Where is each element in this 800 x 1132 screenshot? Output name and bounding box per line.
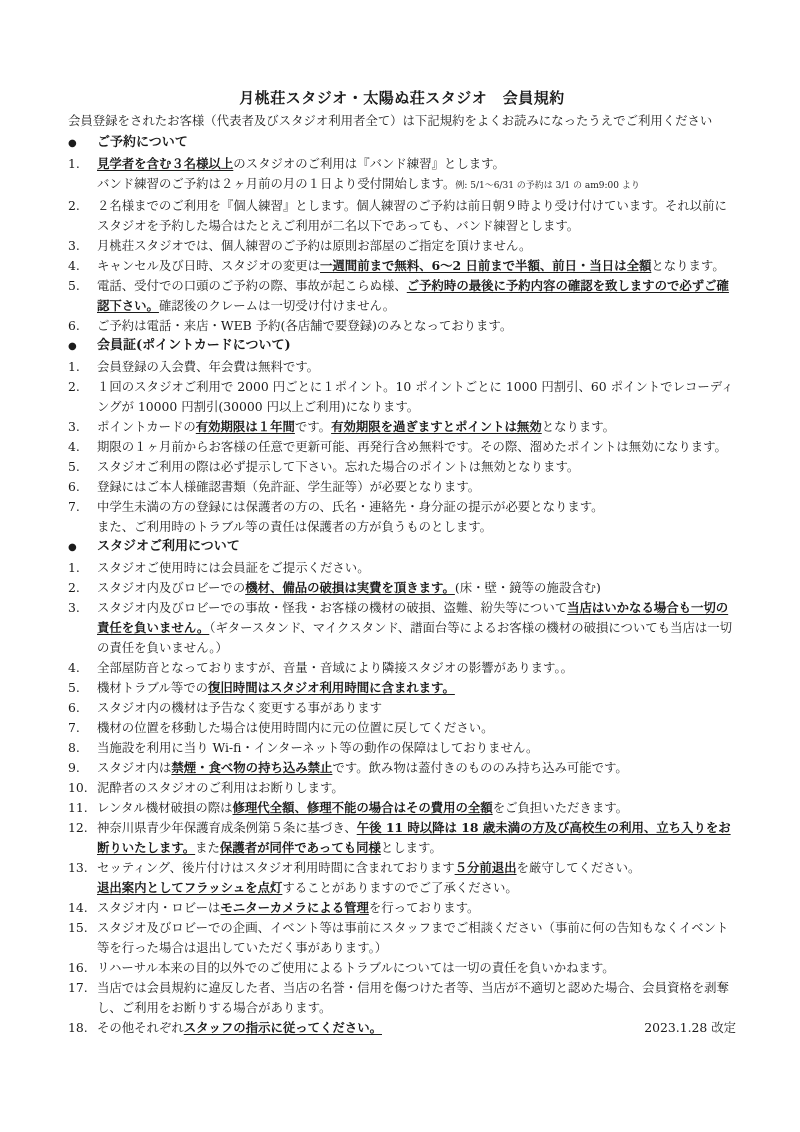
item-text-segment: 期限の１ヶ月前からお客様の任意で更新可能、再発行含め無料です。その際、溜めたポイ… bbox=[97, 439, 727, 454]
item-number: 7. bbox=[68, 718, 97, 738]
item-content: スタジオ及びロビーでの企画、イベント等は事前にスタッフまでご相談ください（事前に… bbox=[97, 918, 736, 958]
item-text-segment: 有効期限を過ぎますとポイントは無効 bbox=[331, 419, 542, 434]
item-number: 5. bbox=[68, 276, 97, 296]
section-heading-label: スタジオご利用について bbox=[97, 537, 240, 557]
list-item: 7.中学生未満の方の登録には保護者の方の、氏名・連絡先・身分証の提示が必要となり… bbox=[68, 497, 736, 537]
list-item: 3.月桃荘スタジオでは、個人練習のご予約は原則お部屋のご指定を頂けません。 bbox=[68, 236, 736, 256]
list-item: 3.ポイントカードの有効期限は１年間です。有効期限を過ぎますとポイントは無効とな… bbox=[68, 417, 736, 437]
item-number: 4. bbox=[68, 437, 97, 457]
item-text-segment: リハーサル本来の目的以外でのご使用によるトラブルについては一切の責任を負いかねま… bbox=[97, 960, 615, 975]
list-item: 2.スタジオ内及びロビーでの機材、備品の破損は実費を頂きます。(床・壁・鏡等の施… bbox=[68, 578, 736, 598]
item-line: 2023.1.28 改定その他それぞれスタッフの指示に従ってください。 bbox=[97, 1018, 736, 1038]
item-content: 当施設を利用に当り Wi-fi・インターネット等の動作の保障はしておりません。 bbox=[97, 738, 736, 758]
item-line: 見学者を含む３名様以上のスタジオのご利用は『バンド練習』とします。 bbox=[97, 154, 736, 174]
terms-section: ●スタジオご利用について1.スタジオご使用時には会員証をご提示ください。2.スタ… bbox=[68, 537, 736, 1038]
item-content: スタジオ内及びロビーでの事故・怪我・お客様の機材の破損、盗難、紛失等について当店… bbox=[97, 598, 736, 658]
item-text-segment: (床・壁・鏡等の施設含む) bbox=[455, 580, 601, 595]
item-text-segment: スタジオ及びロビーでの企画、イベント等は事前にスタッフまでご相談ください（事前に… bbox=[97, 920, 728, 955]
list-item: 16.リハーサル本来の目的以外でのご使用によるトラブルについては一切の責任を負い… bbox=[68, 958, 736, 978]
list-item: 3.スタジオ内及びロビーでの事故・怪我・お客様の機材の破損、盗難、紛失等について… bbox=[68, 598, 736, 658]
item-text-segment: また、ご利用時のトラブル等の責任は保護者の方が負うものとします。 bbox=[97, 519, 492, 534]
item-text-segment: 機材、備品の破損は実費を頂きます。 bbox=[245, 580, 455, 595]
item-line: 会員登録の入会費、年会費は無料です。 bbox=[97, 357, 736, 377]
item-line: ポイントカードの有効期限は１年間です。有効期限を過ぎますとポイントは無効となりま… bbox=[97, 417, 736, 437]
item-number: 7. bbox=[68, 497, 97, 517]
section-heading: ●ご予約について bbox=[68, 133, 736, 154]
section-heading-label: 会員証(ポイントカードについて) bbox=[97, 336, 291, 356]
item-content: 機材の位置を移動した場合は使用時間内に元の位置に戻してください。 bbox=[97, 718, 736, 738]
item-text-segment: 神奈川県青少年保護育成条例第５条に基づき、 bbox=[97, 820, 357, 835]
item-line: キャンセル及び日時、スタジオの変更は一週間前まで無料、6～2 日前まで半額、前日… bbox=[97, 256, 736, 276]
item-content: リハーサル本来の目的以外でのご使用によるトラブルについては一切の責任を負いかねま… bbox=[97, 958, 736, 978]
item-text-segment: です。 bbox=[295, 419, 331, 434]
item-text-segment: を厳守してください。 bbox=[517, 860, 641, 875]
item-line: 泥酔者のスタジオのご利用はお断りします。 bbox=[97, 778, 736, 798]
item-text-segment: 見学者を含む３名様以上 bbox=[97, 156, 233, 171]
item-text-segment: となります。 bbox=[651, 258, 724, 273]
item-content: 登録にはご本人様確認書類（免許証、学生証等）が必要となります。 bbox=[97, 477, 736, 497]
item-text-segment: 一週間前まで無料、6～2 日前まで半額、前日・当日は全額 bbox=[320, 258, 651, 273]
item-line: 登録にはご本人様確認書類（免許証、学生証等）が必要となります。 bbox=[97, 477, 736, 497]
item-text-segment: スタジオ内は bbox=[97, 760, 171, 775]
item-number: 2. bbox=[68, 578, 97, 598]
item-text-segment: ５分前退出 bbox=[455, 860, 517, 875]
item-content: スタジオご利用の際は必ず提示して下さい。忘れた場合のポイントは無効となります。 bbox=[97, 457, 736, 477]
list-item: 5.電話、受付での口頭のご予約の際、事故が起こらぬ様、ご予約時の最後に予約内容の… bbox=[68, 276, 736, 316]
item-text-segment: １回のスタジオご利用で 2000 円ごとに１ポイント。10 ポイントごとに 10… bbox=[97, 379, 734, 414]
item-text-segment: スタッフの指示に従ってください。 bbox=[184, 1020, 382, 1035]
item-number: 1. bbox=[68, 357, 97, 377]
terms-section: ●ご予約について1.見学者を含む３名様以上のスタジオのご利用は『バンド練習』とし… bbox=[68, 133, 736, 336]
list-item: 11.レンタル機材破損の際は修理代全額、修理不能の場合はその費用の全額をご負担い… bbox=[68, 798, 736, 818]
item-number: 1. bbox=[68, 558, 97, 578]
item-line: 全部屋防音となっておりますが、音量・音域により隣接スタジオの影響があります。。 bbox=[97, 658, 736, 678]
list-item: 7.機材の位置を移動した場合は使用時間内に元の位置に戻してください。 bbox=[68, 718, 736, 738]
item-content: セッティング、後片付けはスタジオ利用時間に含まれております５分前退出を厳守してく… bbox=[97, 858, 736, 898]
item-text-segment: 退出案内としてフラッシュを点灯 bbox=[97, 880, 282, 895]
item-text-segment: 登録にはご本人様確認書類（免許証、学生証等）が必要となります。 bbox=[97, 479, 480, 494]
section-heading: ●会員証(ポイントカードについて) bbox=[68, 336, 736, 357]
list-item: 14.スタジオ内・ロビーはモニターカメラによる管理を行っております。 bbox=[68, 898, 736, 918]
item-number: 4. bbox=[68, 256, 97, 276]
item-line: スタジオ及びロビーでの企画、イベント等は事前にスタッフまでご相談ください（事前に… bbox=[97, 918, 736, 958]
item-text-segment: 機材トラブル等での bbox=[97, 680, 208, 695]
section-heading: ●スタジオご利用について bbox=[68, 537, 736, 558]
terms-document-page: 月桃荘スタジオ・太陽ぬ荘スタジオ 会員規約 会員登録をされたお客様（代表者及びス… bbox=[0, 0, 800, 1132]
item-number: 8. bbox=[68, 738, 97, 758]
terms-sections: ●ご予約について1.見学者を含む３名様以上のスタジオのご利用は『バンド練習』とし… bbox=[68, 133, 736, 1038]
item-text-segment: とします。 bbox=[381, 840, 442, 855]
item-text-segment: 有効期限は１年間 bbox=[196, 419, 295, 434]
item-content: ご予約は電話・来店・WEB 予約(各店舗で要登録)のみとなっております。 bbox=[97, 316, 736, 336]
item-line: 退出案内としてフラッシュを点灯することがありますのでご了承ください。 bbox=[97, 878, 736, 898]
item-text-segment: 当店では会員規約に違反した者、当店の名誉・信用を傷つけた者等、当店が不適切と認め… bbox=[97, 980, 729, 1015]
item-text-segment: 確認後のクレームは一切受け付けません。 bbox=[159, 298, 395, 313]
item-line: バンド練習のご予約は２ヶ月前の月の１日より受付開始します。例: 5/1～6/31… bbox=[97, 174, 736, 196]
list-item: 1.見学者を含む３名様以上のスタジオのご利用は『バンド練習』とします。バンド練習… bbox=[68, 154, 736, 196]
item-text-segment: です。飲み物は蓋付きのもののみ持ち込み可能です。 bbox=[332, 760, 627, 775]
revision-date: 2023.1.28 改定 bbox=[644, 1018, 736, 1038]
item-text-segment: セッティング、後片付けはスタジオ利用時間に含まれております bbox=[97, 860, 455, 875]
item-text-segment: 泥酔者のスタジオのご利用はお断りします。 bbox=[97, 780, 344, 795]
item-line: 期限の１ヶ月前からお客様の任意で更新可能、再発行含め無料です。その際、溜めたポイ… bbox=[97, 437, 736, 457]
item-text-segment: スタジオご利用の際は必ず提示して下さい。忘れた場合のポイントは無効となります。 bbox=[97, 459, 579, 474]
item-number: 3. bbox=[68, 236, 97, 256]
item-line: ご予約は電話・来店・WEB 予約(各店舗で要登録)のみとなっております。 bbox=[97, 316, 736, 336]
item-text-segment: スタジオ内の機材は予告なく変更する事があります bbox=[97, 700, 382, 715]
item-content: 見学者を含む３名様以上のスタジオのご利用は『バンド練習』とします。バンド練習のご… bbox=[97, 154, 736, 196]
item-line: 神奈川県青少年保護育成条例第５条に基づき、午後 11 時以降は 18 歳未満の方… bbox=[97, 818, 736, 858]
item-content: 全部屋防音となっておりますが、音量・音域により隣接スタジオの影響があります。。 bbox=[97, 658, 736, 678]
item-line: セッティング、後片付けはスタジオ利用時間に含まれております５分前退出を厳守してく… bbox=[97, 858, 736, 878]
list-item: 15.スタジオ及びロビーでの企画、イベント等は事前にスタッフまでご相談ください（… bbox=[68, 918, 736, 958]
item-text-segment: をご負担いただきます。 bbox=[493, 800, 628, 815]
item-text-segment: を行っております。 bbox=[369, 900, 480, 915]
item-line: スタジオ内は禁煙・食べ物の持ち込み禁止です。飲み物は蓋付きのもののみ持ち込み可能… bbox=[97, 758, 736, 778]
item-line: リハーサル本来の目的以外でのご使用によるトラブルについては一切の責任を負いかねま… bbox=[97, 958, 736, 978]
item-line: スタジオ内及びロビーでの機材、備品の破損は実費を頂きます。(床・壁・鏡等の施設含… bbox=[97, 578, 736, 598]
list-item: 8.当施設を利用に当り Wi-fi・インターネット等の動作の保障はしておりません… bbox=[68, 738, 736, 758]
item-number: 3. bbox=[68, 417, 97, 437]
item-text-segment: 当施設を利用に当り Wi-fi・インターネット等の動作の保障はしておりません。 bbox=[97, 740, 538, 755]
list-item: 9.スタジオ内は禁煙・食べ物の持ち込み禁止です。飲み物は蓋付きのもののみ持ち込み… bbox=[68, 758, 736, 778]
item-content: スタジオ内及びロビーでの機材、備品の破損は実費を頂きます。(床・壁・鏡等の施設含… bbox=[97, 578, 736, 598]
item-content: ２名様までのご利用を『個人練習』とします。個人練習のご予約は前日朝９時より受け付… bbox=[97, 196, 736, 236]
item-number: 18. bbox=[68, 1018, 97, 1038]
list-item: 17.当店では会員規約に違反した者、当店の名誉・信用を傷つけた者等、当店が不適切… bbox=[68, 978, 736, 1018]
item-number: 4. bbox=[68, 658, 97, 678]
item-number: 6. bbox=[68, 316, 97, 336]
section-heading-label: ご予約について bbox=[97, 133, 188, 153]
item-text-segment: スタジオ内・ロビーは bbox=[97, 900, 220, 915]
item-text-segment: となります。 bbox=[542, 419, 615, 434]
item-text-segment: 例: 5/1～6/31 の予約は 3/1 の am9:00 より bbox=[455, 181, 640, 191]
item-line: 機材トラブル等での復旧時間はスタジオ利用時間に含まれます。 bbox=[97, 678, 736, 698]
item-number: 16. bbox=[68, 958, 97, 978]
item-text-segment: 全部屋防音となっておりますが、音量・音域により隣接スタジオの影響があります。。 bbox=[97, 660, 573, 675]
item-text-segment: ポイントカードの bbox=[97, 419, 196, 434]
list-item: 4.期限の１ヶ月前からお客様の任意で更新可能、再発行含め無料です。その際、溜めた… bbox=[68, 437, 736, 457]
item-number: 17. bbox=[68, 978, 97, 998]
item-text-segment: キャンセル及び日時、スタジオの変更は bbox=[97, 258, 320, 273]
item-text-segment: モニターカメラによる管理 bbox=[220, 900, 368, 915]
bullet-icon: ● bbox=[68, 337, 97, 357]
item-line: 当施設を利用に当り Wi-fi・インターネット等の動作の保障はしておりません。 bbox=[97, 738, 736, 758]
item-content: キャンセル及び日時、スタジオの変更は一週間前まで無料、6～2 日前まで半額、前日… bbox=[97, 256, 736, 276]
item-text-segment: スタジオご使用時には会員証をご提示ください。 bbox=[97, 560, 370, 575]
item-content: スタジオ内は禁煙・食べ物の持ち込み禁止です。飲み物は蓋付きのもののみ持ち込み可能… bbox=[97, 758, 736, 778]
list-item: 18.2023.1.28 改定その他それぞれスタッフの指示に従ってください。 bbox=[68, 1018, 736, 1038]
item-text-segment: 禁煙・食べ物の持ち込み禁止 bbox=[171, 760, 332, 775]
item-line: 当店では会員規約に違反した者、当店の名誉・信用を傷つけた者等、当店が不適切と認め… bbox=[97, 978, 736, 1018]
item-line: レンタル機材破損の際は修理代全額、修理不能の場合はその費用の全額をご負担いただき… bbox=[97, 798, 736, 818]
item-number: 5. bbox=[68, 457, 97, 477]
item-content: 期限の１ヶ月前からお客様の任意で更新可能、再発行含め無料です。その際、溜めたポイ… bbox=[97, 437, 736, 457]
list-item: 4.全部屋防音となっておりますが、音量・音域により隣接スタジオの影響があります。… bbox=[68, 658, 736, 678]
list-item: 2.２名様までのご利用を『個人練習』とします。個人練習のご予約は前日朝９時より受… bbox=[68, 196, 736, 236]
item-content: 月桃荘スタジオでは、個人練習のご予約は原則お部屋のご指定を頂けません。 bbox=[97, 236, 736, 256]
list-item: 6.スタジオ内の機材は予告なく変更する事があります bbox=[68, 698, 736, 718]
list-item: 10.泥酔者のスタジオのご利用はお断りします。 bbox=[68, 778, 736, 798]
item-line: スタジオ内の機材は予告なく変更する事があります bbox=[97, 698, 736, 718]
item-number: 9. bbox=[68, 758, 97, 778]
item-text-segment: 会員登録の入会費、年会費は無料です。 bbox=[97, 359, 319, 374]
item-text-segment: ご予約は電話・来店・WEB 予約(各店舗で要登録)のみとなっております。 bbox=[97, 318, 512, 333]
item-text-segment: レンタル機材破損の際は bbox=[97, 800, 233, 815]
item-number: 5. bbox=[68, 678, 97, 698]
item-number: 6. bbox=[68, 698, 97, 718]
item-content: ポイントカードの有効期限は１年間です。有効期限を過ぎますとポイントは無効となりま… bbox=[97, 417, 736, 437]
terms-section: ●会員証(ポイントカードについて)1.会員登録の入会費、年会費は無料です。2.１… bbox=[68, 336, 736, 537]
item-text-segment: することがありますのでご了承ください。 bbox=[282, 880, 517, 895]
item-text-segment: 中学生未満の方の登録には保護者の方の、氏名・連絡先・身分証の提示が必要となります… bbox=[97, 499, 604, 514]
item-text-segment: スタジオ内及びロビーでの bbox=[97, 580, 245, 595]
item-line: スタジオ内及びロビーでの事故・怪我・お客様の機材の破損、盗難、紛失等について当店… bbox=[97, 598, 736, 658]
item-text-segment: 電話、受付での口頭のご予約の際、事故が起こらぬ様、 bbox=[97, 278, 407, 293]
list-item: 1.会員登録の入会費、年会費は無料です。 bbox=[68, 357, 736, 377]
list-item: 2.１回のスタジオご利用で 2000 円ごとに１ポイント。10 ポイントごとに … bbox=[68, 377, 736, 417]
item-number: 1. bbox=[68, 154, 97, 174]
bullet-icon: ● bbox=[68, 134, 97, 154]
item-line: また、ご利用時のトラブル等の責任は保護者の方が負うものとします。 bbox=[97, 517, 736, 537]
item-content: 会員登録の入会費、年会費は無料です。 bbox=[97, 357, 736, 377]
item-line: 中学生未満の方の登録には保護者の方の、氏名・連絡先・身分証の提示が必要となります… bbox=[97, 497, 736, 517]
list-item: 5.スタジオご利用の際は必ず提示して下さい。忘れた場合のポイントは無効となります… bbox=[68, 457, 736, 477]
item-line: スタジオご利用の際は必ず提示して下さい。忘れた場合のポイントは無効となります。 bbox=[97, 457, 736, 477]
item-content: レンタル機材破損の際は修理代全額、修理不能の場合はその費用の全額をご負担いただき… bbox=[97, 798, 736, 818]
item-line: スタジオ内・ロビーはモニターカメラによる管理を行っております。 bbox=[97, 898, 736, 918]
list-item: 6.登録にはご本人様確認書類（免許証、学生証等）が必要となります。 bbox=[68, 477, 736, 497]
item-line: 月桃荘スタジオでは、個人練習のご予約は原則お部屋のご指定を頂けません。 bbox=[97, 236, 736, 256]
item-number: 2. bbox=[68, 196, 97, 216]
item-text-segment: その他それぞれ bbox=[97, 1020, 184, 1035]
item-number: 6. bbox=[68, 477, 97, 497]
item-number: 12. bbox=[68, 818, 97, 838]
item-content: 神奈川県青少年保護育成条例第５条に基づき、午後 11 時以降は 18 歳未満の方… bbox=[97, 818, 736, 858]
list-item: 13.セッティング、後片付けはスタジオ利用時間に含まれております５分前退出を厳守… bbox=[68, 858, 736, 898]
list-item: 5.機材トラブル等での復旧時間はスタジオ利用時間に含まれます。 bbox=[68, 678, 736, 698]
item-content: 電話、受付での口頭のご予約の際、事故が起こらぬ様、ご予約時の最後に予約内容の確認… bbox=[97, 276, 736, 316]
item-content: １回のスタジオご利用で 2000 円ごとに１ポイント。10 ポイントごとに 10… bbox=[97, 377, 736, 417]
item-number: 10. bbox=[68, 778, 97, 798]
item-text-segment: また bbox=[195, 840, 220, 855]
item-line: １回のスタジオご利用で 2000 円ごとに１ポイント。10 ポイントごとに 10… bbox=[97, 377, 736, 417]
item-number: 3. bbox=[68, 598, 97, 618]
item-text-segment: 修理代全額、修理不能の場合はその費用の全額 bbox=[233, 800, 493, 815]
item-text-segment: バンド練習のご予約は２ヶ月前の月の１日より受付開始します。 bbox=[97, 176, 455, 191]
item-number: 13. bbox=[68, 858, 97, 878]
item-number: 11. bbox=[68, 798, 97, 818]
item-text-segment: 機材の位置を移動した場合は使用時間内に元の位置に戻してください。 bbox=[97, 720, 494, 735]
item-text-segment: スタジオ内及びロビーでの事故・怪我・お客様の機材の破損、盗難、紛失等について bbox=[97, 600, 567, 615]
item-number: 15. bbox=[68, 918, 97, 938]
item-content: 2023.1.28 改定その他それぞれスタッフの指示に従ってください。 bbox=[97, 1018, 736, 1038]
page-title: 月桃荘スタジオ・太陽ぬ荘スタジオ 会員規約 bbox=[68, 88, 736, 108]
item-text-segment: のスタジオのご利用は『バンド練習』とします。 bbox=[233, 156, 505, 171]
item-content: 中学生未満の方の登録には保護者の方の、氏名・連絡先・身分証の提示が必要となります… bbox=[97, 497, 736, 537]
item-number: 14. bbox=[68, 898, 97, 918]
item-number: 2. bbox=[68, 377, 97, 397]
list-item: 6.ご予約は電話・来店・WEB 予約(各店舗で要登録)のみとなっております。 bbox=[68, 316, 736, 336]
item-text-segment: 復旧時間はスタジオ利用時間に含まれます。 bbox=[208, 680, 455, 695]
intro-text: 会員登録をされたお客様（代表者及びスタジオ利用者全て）は下記規約をよくお読みにな… bbox=[68, 111, 736, 131]
list-item: 4.キャンセル及び日時、スタジオの変更は一週間前まで無料、6～2 日前まで半額、… bbox=[68, 256, 736, 276]
item-line: ２名様までのご利用を『個人練習』とします。個人練習のご予約は前日朝９時より受け付… bbox=[97, 196, 736, 236]
item-content: 泥酔者のスタジオのご利用はお断りします。 bbox=[97, 778, 736, 798]
item-line: 電話、受付での口頭のご予約の際、事故が起こらぬ様、ご予約時の最後に予約内容の確認… bbox=[97, 276, 736, 316]
item-text-segment: 保護者が同伴であっても同様 bbox=[220, 840, 381, 855]
item-content: スタジオご使用時には会員証をご提示ください。 bbox=[97, 558, 736, 578]
item-line: スタジオご使用時には会員証をご提示ください。 bbox=[97, 558, 736, 578]
item-content: 当店では会員規約に違反した者、当店の名誉・信用を傷つけた者等、当店が不適切と認め… bbox=[97, 978, 736, 1018]
item-content: 機材トラブル等での復旧時間はスタジオ利用時間に含まれます。 bbox=[97, 678, 736, 698]
item-text-segment: 月桃荘スタジオでは、個人練習のご予約は原則お部屋のご指定を頂けません。 bbox=[97, 238, 531, 253]
item-line: 機材の位置を移動した場合は使用時間内に元の位置に戻してください。 bbox=[97, 718, 736, 738]
list-item: 1.スタジオご使用時には会員証をご提示ください。 bbox=[68, 558, 736, 578]
bullet-icon: ● bbox=[68, 538, 97, 558]
item-content: スタジオ内の機材は予告なく変更する事があります bbox=[97, 698, 736, 718]
list-item: 12.神奈川県青少年保護育成条例第５条に基づき、午後 11 時以降は 18 歳未… bbox=[68, 818, 736, 858]
item-text-segment: ２名様までのご利用を『個人練習』とします。個人練習のご予約は前日朝９時より受け付… bbox=[97, 198, 727, 233]
item-content: スタジオ内・ロビーはモニターカメラによる管理を行っております。 bbox=[97, 898, 736, 918]
